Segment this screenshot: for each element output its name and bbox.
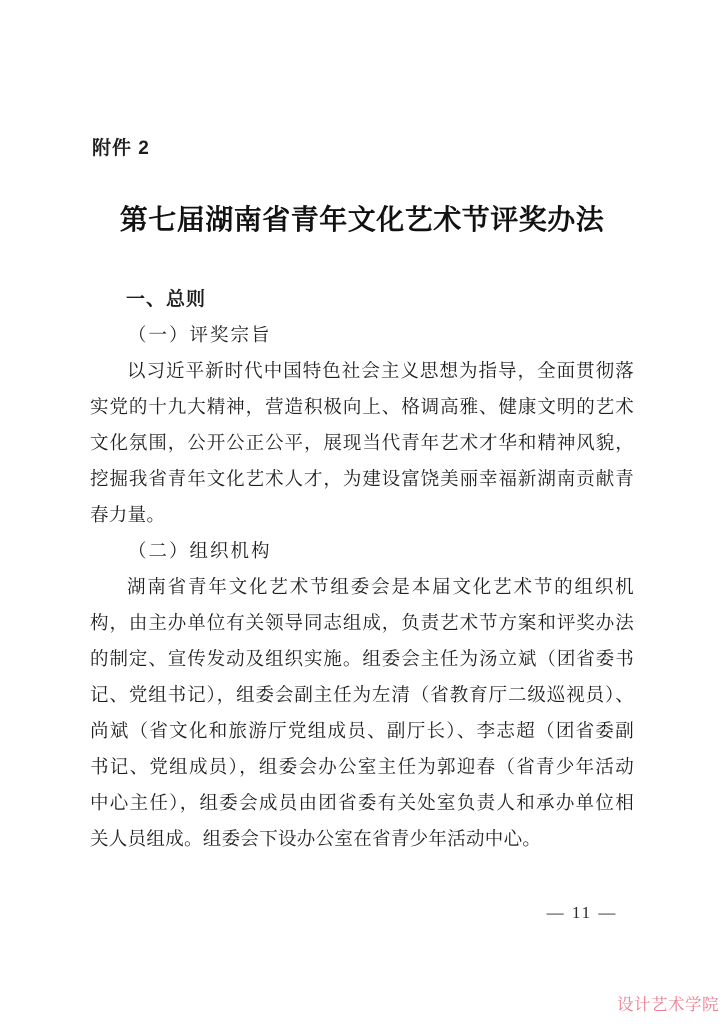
paragraph-line: 实党的十九大精神，营造积极向上、格调高雅、健康文明的艺术 (90, 390, 634, 426)
paragraph-line: 关人员组成。组委会下设办公室在省青少年活动中心。 (90, 822, 634, 858)
paragraph-line: 书记、党组成员），组委会办公室主任为郭迎春（省青少年活动 (90, 750, 634, 786)
paragraph-line: 以习近平新时代中国特色社会主义思想为指导，全面贯彻落 (90, 354, 634, 390)
section-heading-general-rules: 一、总则 (90, 282, 634, 318)
document-title: 第七届湖南省青年文化艺术节评奖办法 (90, 198, 634, 238)
subsection-heading-award-purpose: （一）评奖宗旨 (90, 318, 634, 354)
paragraph-line: 挖掘我省青年文化艺术人才，为建设富饶美丽幸福新湖南贡献青 (90, 462, 634, 498)
document-page: 附件 2 第七届湖南省青年文化艺术节评奖办法 一、总则 （一）评奖宗旨 以习近平… (0, 0, 724, 1024)
paragraph-line: 春力量。 (90, 498, 634, 534)
subsection-heading-organization: （二）组织机构 (90, 534, 634, 570)
document-body: 一、总则 （一）评奖宗旨 以习近平新时代中国特色社会主义思想为指导，全面贯彻落 … (90, 282, 634, 858)
paragraph-line: 构，由主办单位有关领导同志组成，负责艺术节方案和评奖办法 (90, 606, 634, 642)
attachment-label: 附件 2 (92, 133, 150, 160)
page-number: — 11 — (540, 903, 624, 923)
paragraph-line: 记、党组书记），组委会副主任为左清（省教育厅二级巡视员）、 (90, 678, 634, 714)
paragraph-line: 文化氛围，公开公正公平，展现当代青年艺术才华和精神风貌， (90, 426, 634, 462)
paragraph-line: 中心主任），组委会成员由团省委有关处室负责人和承办单位相 (90, 786, 634, 822)
paragraph-line: 湖南省青年文化艺术节组委会是本届文化艺术节的组织机 (90, 570, 634, 606)
paragraph-line: 的制定、宣传发动及组织实施。组委会主任为汤立斌（团省委书 (90, 642, 634, 678)
watermark-label: 设计艺术学院 (617, 991, 719, 1015)
paragraph-line: 尚斌（省文化和旅游厅党组成员、副厅长）、李志超（团省委副 (90, 714, 634, 750)
